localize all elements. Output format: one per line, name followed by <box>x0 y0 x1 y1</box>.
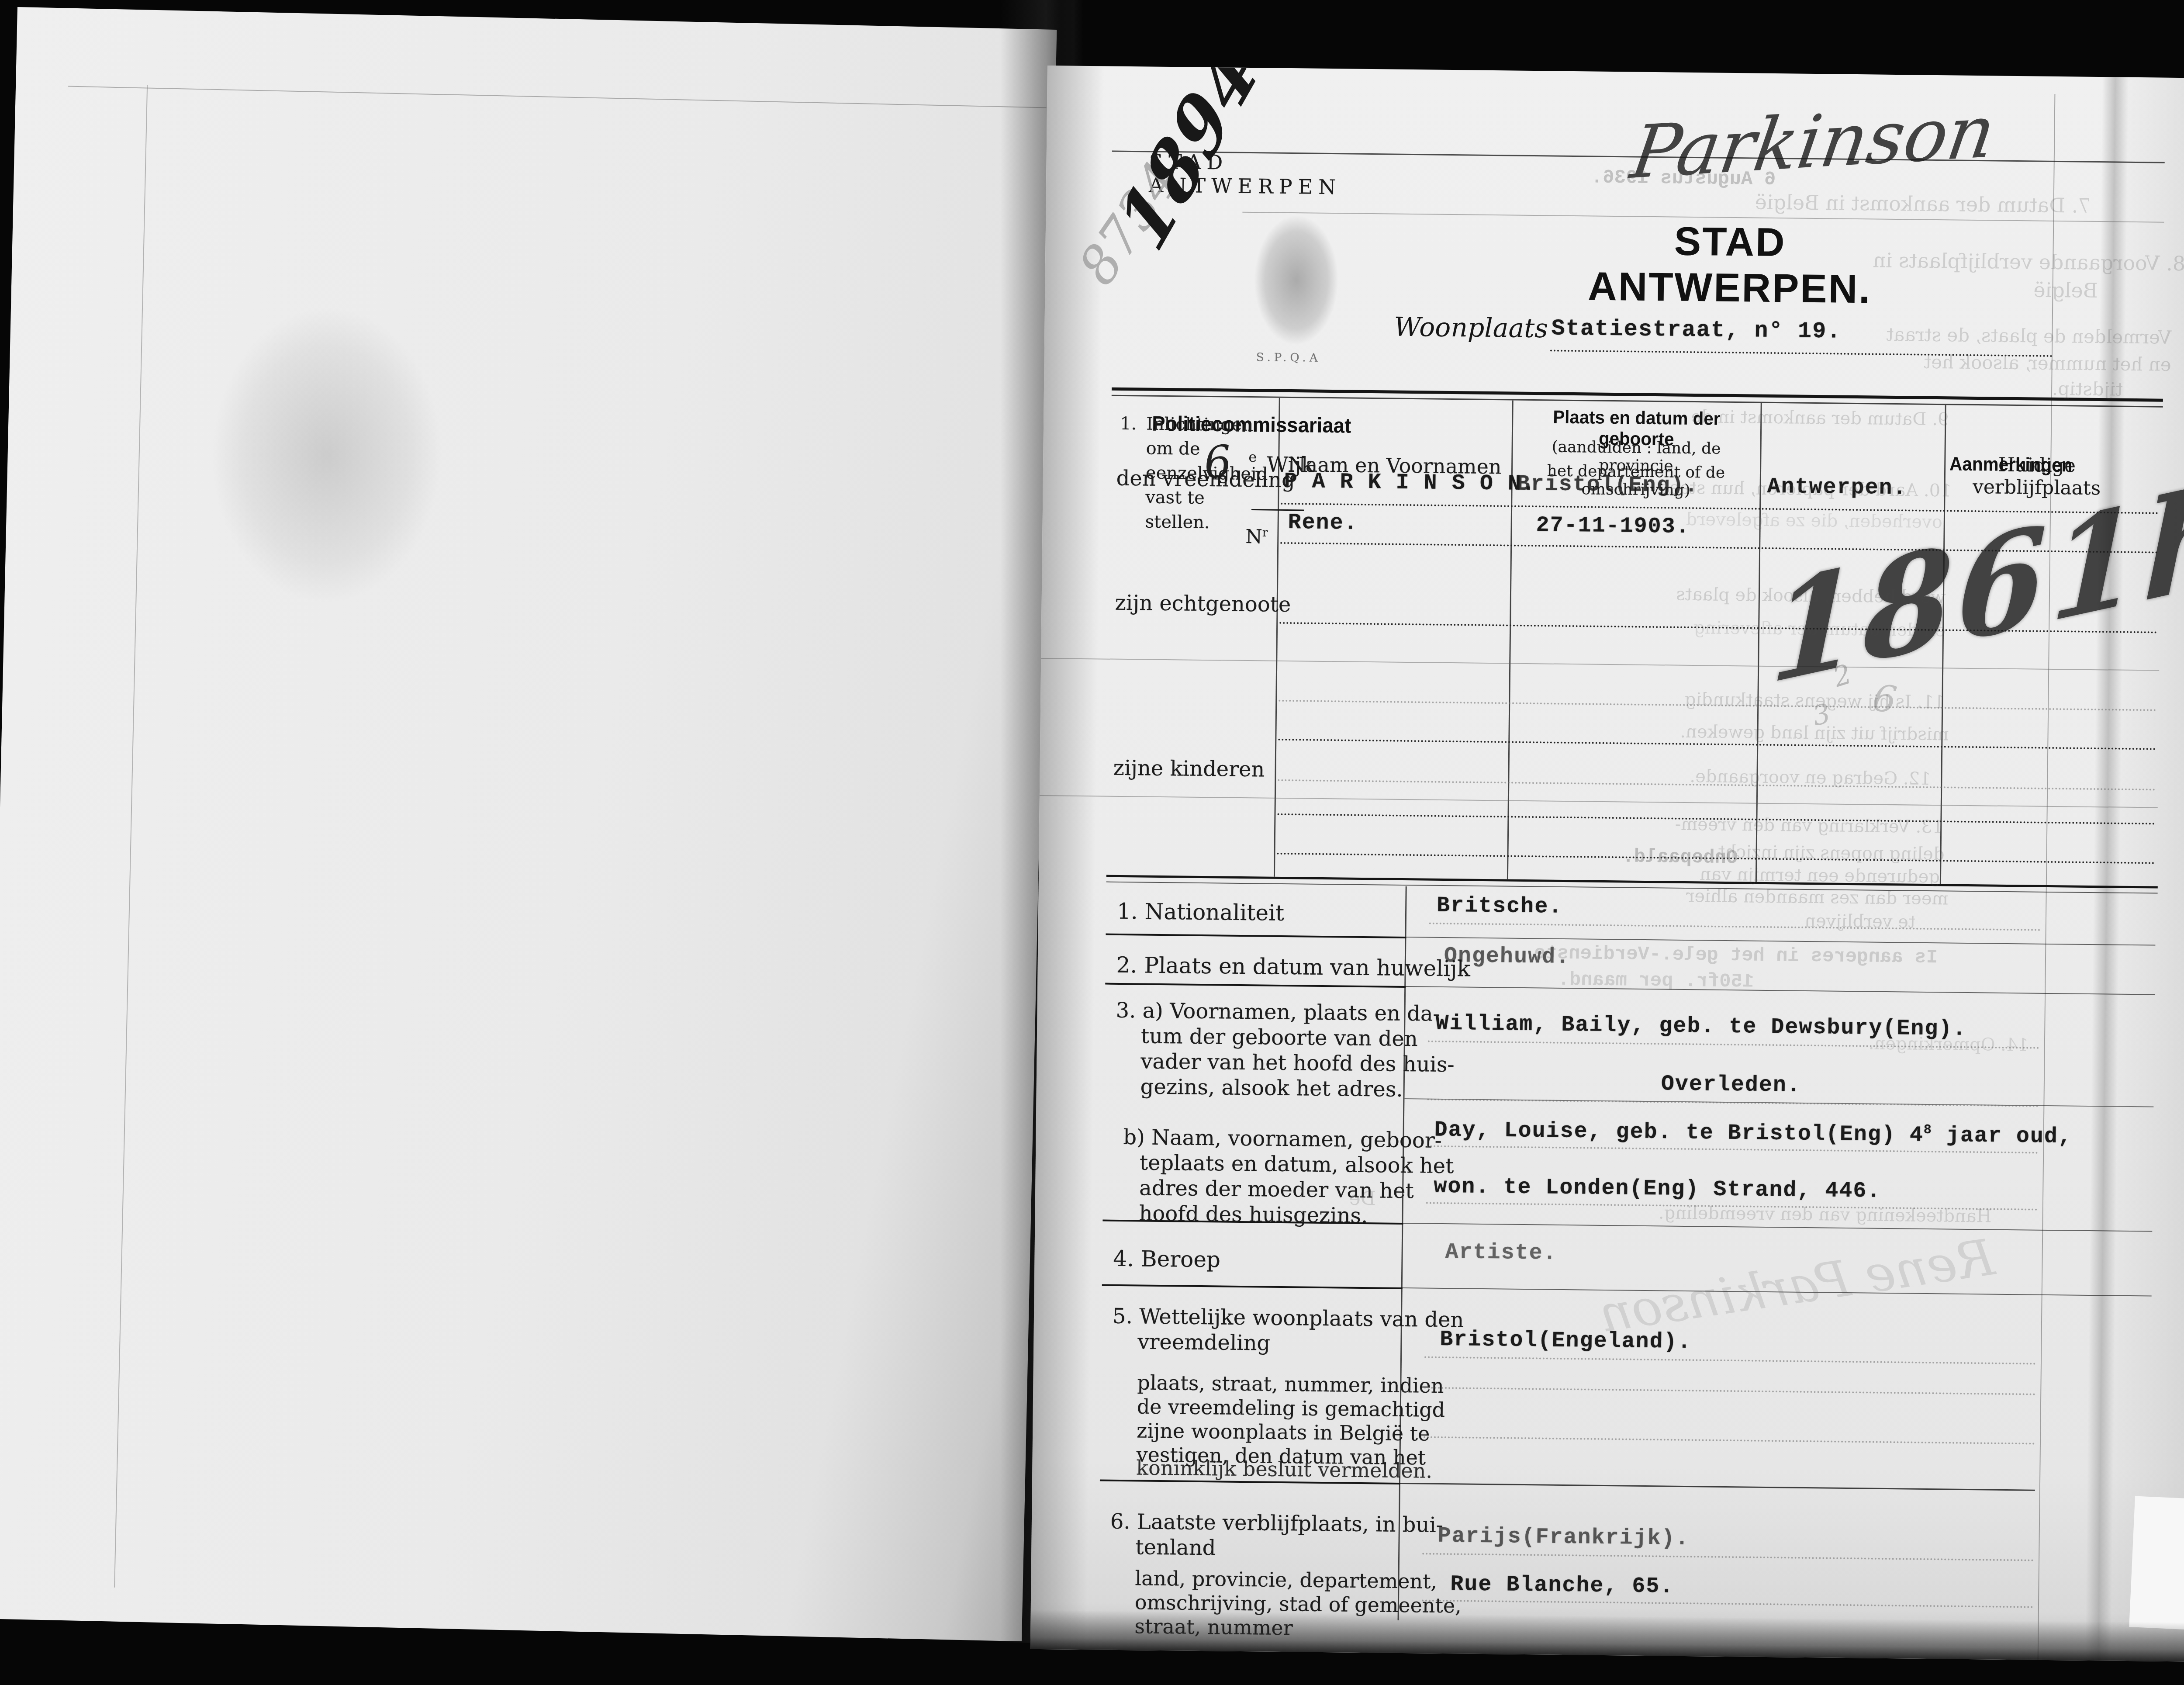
sep-after-q2-left <box>1105 983 1406 988</box>
bleed-q12: 12. Gedrag en voorgaande. <box>1760 767 1931 789</box>
table-top-rule <box>1112 388 2163 402</box>
q5-note5: koninklijk besluit vermelden. <box>1136 1456 1432 1482</box>
q3a-line1: 3. a) Voornamen, plaats en da- <box>1116 998 1440 1026</box>
bleed-q13-line4: meer dan zes maanden alhier <box>1771 887 1948 909</box>
bleed-register-line1: Is aangeres in het gele.-Verdienste <box>1536 942 1938 969</box>
bleed-signature: Rene Parkinson <box>1696 1228 1998 1329</box>
bleed-de: De <box>1337 1187 1376 1210</box>
bleed-note2: en het nummer, alsook het <box>1918 351 2171 375</box>
row-label-vreemdeling: den vreemdeling <box>1116 466 1295 492</box>
bleed-q8-line2: België <box>2001 278 2098 302</box>
q3a-line3: vader van het hoofd des huis- <box>1140 1049 1455 1077</box>
q5-dotted2 <box>1424 1387 2035 1395</box>
bleed-q10-line2: overheden, die ze afgeleverd <box>1781 510 1942 532</box>
table-bottom-rule <box>1106 875 2158 889</box>
bleed-q13-line5: te verblijven <box>1789 910 1915 932</box>
bleed-q10-line4: en den datum der aflevering <box>1762 619 1946 641</box>
coat-of-arms-stamp <box>1243 199 1350 362</box>
sep-after-q4-left <box>1102 1284 1403 1289</box>
bleed-onbepaald: Onbepaald. <box>1607 846 1738 869</box>
bleed-arrival-date: 6 Augustus 1936. <box>1566 166 1776 190</box>
q3b-answer1-pre: Day, Louise, geb. te Bristol(Eng) 4 <box>1434 1118 1924 1148</box>
q2-label: 2. Plaats en datum van huwelijk <box>1116 952 1470 982</box>
card-bottom-smudge <box>1030 1610 2184 1662</box>
table-faint-rule-2 <box>1040 795 2158 808</box>
q6-note1: land, provincie, departement, <box>1135 1566 1437 1593</box>
bleed-note3: tijdstip. <box>2044 378 2123 400</box>
q3b-line2: teplaats en datum, alsook het <box>1140 1150 1454 1178</box>
q3a-answer2: Overleden. <box>1661 1072 1801 1098</box>
q3a-line4: gezins, alsook het adres. <box>1140 1074 1403 1102</box>
q4-answer: Artiste. <box>1445 1240 1557 1266</box>
q4-label: 4. Beroep <box>1113 1246 1220 1273</box>
q6-dotted1 <box>1422 1553 2034 1561</box>
bleed-q8-line1: 8. Voorgaande verblijfplaats in <box>1914 249 2184 276</box>
bleed-q13-line3: gedurende een termijn van <box>1772 865 1940 887</box>
bleed-q9: 9. Datum der aankomst in de <box>1765 408 1949 430</box>
q6-answer2: Rue Blanche, 65. <box>1450 1572 1674 1599</box>
woonplaats-value: Statiestraat, n° 19. <box>1551 316 1842 345</box>
q5-dotted1 <box>1424 1356 2036 1365</box>
bleed-q14: 14. Opmerkingen. <box>1897 1034 2028 1055</box>
q6-line1: 6. Laatste verblijfplaats, in bui- <box>1110 1509 1444 1537</box>
q3b-answer1: Day, Louise, geb. te Bristol(Eng) 48 jaa… <box>1434 1118 2072 1149</box>
bleed-q10-line3: werd hebben, alsook de plaats <box>1762 585 1946 608</box>
row-label-kinderen: zijne kinderen <box>1113 756 1265 782</box>
q3b-line4: hoofd des huisgezins. <box>1139 1201 1368 1228</box>
entry-firstname: Rene. <box>1288 510 1358 536</box>
bleed-handtekening: Handteekening van den vreemdeling. <box>1707 1204 1991 1227</box>
question-divider <box>1398 886 1407 1620</box>
header-col1-num: 1. <box>1120 414 1137 434</box>
entry-birthdate: 27-11-1903. <box>1536 513 1690 540</box>
q1-answer: Britsche. <box>1437 893 1563 920</box>
q3b-answer1-sup: 8 <box>1924 1123 1932 1138</box>
table-bottom-rule-2 <box>1106 882 2158 894</box>
q5-dotted3 <box>1424 1436 2035 1445</box>
q3b-answer2: won. te Londen(Eng) Strand, 446. <box>1434 1174 1881 1204</box>
q5-line2: vreemdeling <box>1137 1329 1270 1355</box>
q3b-answer1-post: jaar oud, <box>1932 1123 2072 1149</box>
q5-line1: 5. Wettelijke woonplaats van den <box>1113 1304 1464 1332</box>
city-title: STAD ANTWERPEN. <box>1550 218 1909 313</box>
sep-after-q2-right <box>1406 986 2155 995</box>
margin-rule-vertical <box>114 85 148 1588</box>
q5-note1: plaats, straat, nummer, indien <box>1137 1370 1444 1398</box>
q5-note3: zijne woonplaats in België te <box>1137 1419 1430 1445</box>
sep-after-q1-left <box>1106 934 1406 938</box>
row-label-echtgenoote: zijn echtgenoote <box>1115 591 1291 617</box>
document-scan: Parkinson STAD ANTWERPEN 8734 18948H S.P… <box>0 0 2184 1685</box>
bleed-q13-line1: 13. Verklaring van den vreem- <box>1760 815 1943 837</box>
q1-dotted <box>1429 923 2041 931</box>
q6-dotted2 <box>1422 1599 2033 1608</box>
white-paper-patch <box>2129 1496 2184 1630</box>
q6-answer1: Parijs(Frankrijk). <box>1438 1524 1690 1551</box>
q3a-line2: tum der geboorte van den <box>1141 1024 1418 1051</box>
q6-line2: tenland <box>1135 1535 1216 1560</box>
margin-rule-horizontal <box>68 86 1047 108</box>
bleed-q10-line1: 10. Aard der papieren, hun staat <box>1763 479 1951 501</box>
stamp-letters: S.P.Q.A <box>1256 351 1321 365</box>
header-col5: Aanmerkingen <box>1949 453 2155 477</box>
bleed-register-line2: 150fr. per maand. <box>1579 969 1754 993</box>
q3a-dotted2 <box>1427 1099 2039 1107</box>
entry-surname: P A R K I N S O N. <box>1284 469 1536 497</box>
q5-note2: de vreemdeling is gemachtigd <box>1137 1394 1445 1422</box>
bleed-q11-line1: 11. Is hij wegens staatkundig <box>1761 690 1945 713</box>
registration-card: Parkinson STAD ANTWERPEN 8734 18948H S.P… <box>1030 66 2184 1662</box>
paper-blotch <box>169 255 484 655</box>
q3b-line1: b) Naam, voornamen, geboor- <box>1123 1125 1442 1153</box>
bleed-note1: Vermelden de plaats, de straat <box>1927 324 2171 348</box>
left-blank-page <box>0 7 1057 1641</box>
bleed-q13-line2: deling nopens zijn inzicht <box>1772 842 1944 864</box>
sep-after-q5-right <box>1400 1483 2035 1491</box>
woonplaats-label: Woonplaats <box>1394 312 1548 344</box>
q1-label: 1. Nationaliteit <box>1117 899 1285 926</box>
bleed-q7: 7. Datum der aankomst in België <box>1551 188 2091 218</box>
bleed-q11-line2: misdrijf uit zijn land geweken. <box>1774 723 1949 744</box>
